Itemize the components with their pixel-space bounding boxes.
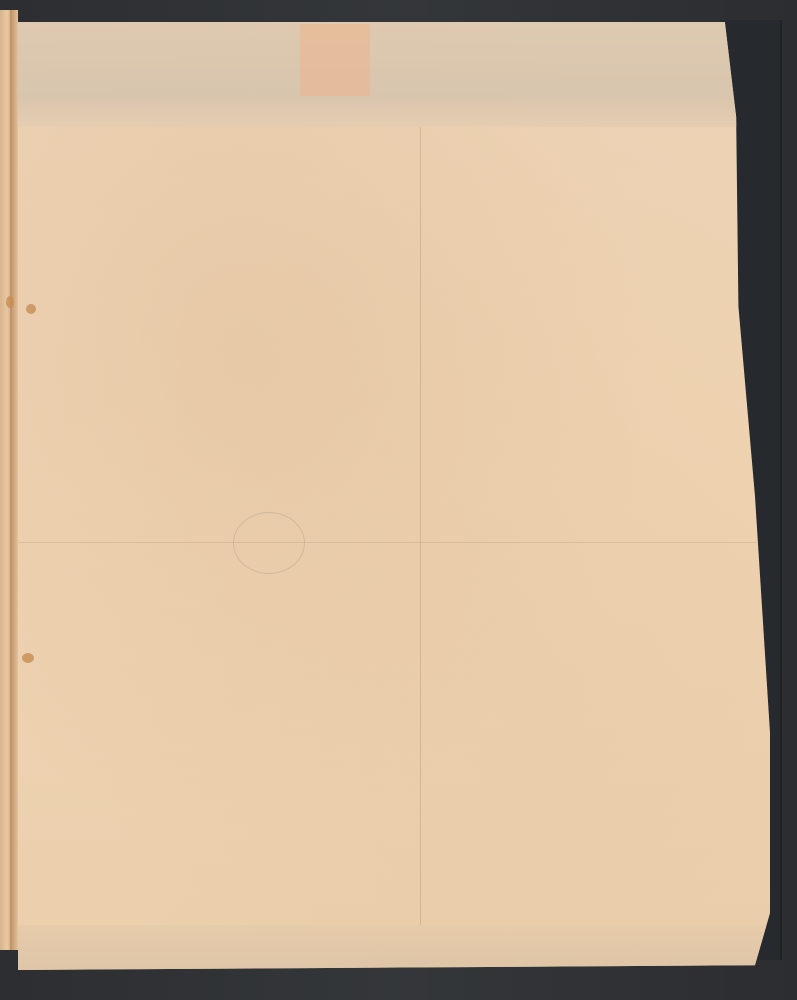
vertical-fold-line (420, 127, 421, 927)
binding-line (10, 10, 12, 950)
stain-mark (26, 304, 36, 314)
stain-mark (22, 653, 34, 663)
adjacent-page-edge (0, 10, 18, 950)
top-mounting-strip (18, 22, 770, 127)
bottom-mounting-strip (18, 925, 770, 970)
paper-page (18, 22, 770, 970)
stain-mark (6, 296, 14, 308)
faded-seal-stamp (300, 24, 370, 96)
horizontal-fold-line (18, 542, 770, 543)
paper-crease-mark (233, 512, 305, 574)
